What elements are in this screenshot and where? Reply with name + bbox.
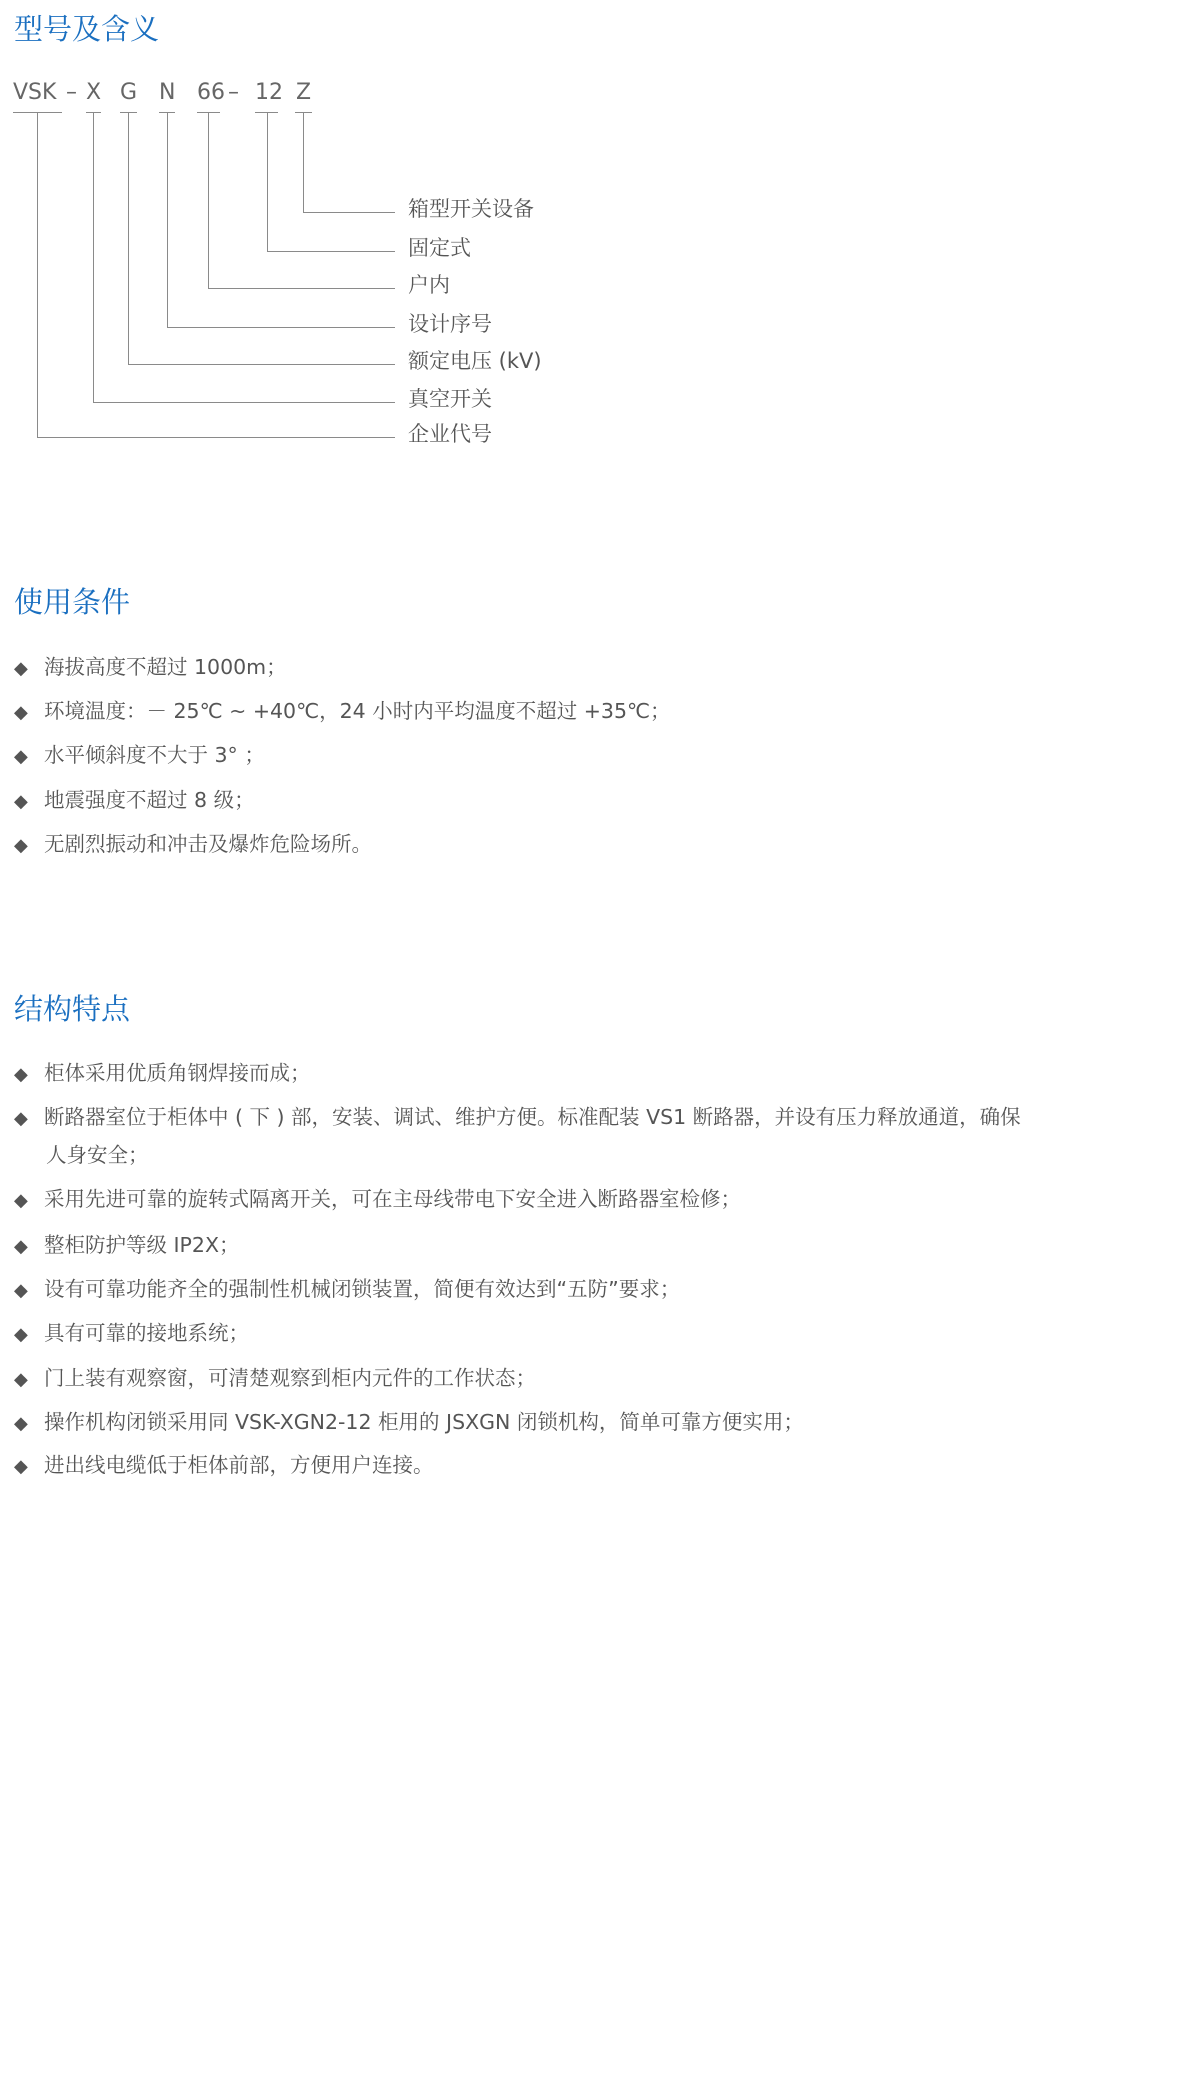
stem-66 — [208, 112, 209, 288]
condition-item: ◆水平倾斜度不大于 3° ； — [14, 742, 265, 770]
feature-item: ◆设有可靠功能齐全的强制性机械闭锁装置，简便有效达到“五防”要求； — [14, 1276, 680, 1304]
feature-text: 门上装有观察窗，可清楚观察到柜内元件的工作状态； — [44, 1366, 536, 1390]
meaning-indoor: 户内 — [408, 273, 450, 297]
diamond-bullet-icon: ◆ — [14, 1278, 44, 1304]
feature-item: ◆门上装有观察窗，可清楚观察到柜内元件的工作状态； — [14, 1365, 536, 1393]
condition-text: 水平倾斜度不大于 3° ； — [44, 743, 265, 767]
condition-text: 海拔高度不超过 1000m； — [44, 655, 287, 679]
diamond-bullet-icon: ◆ — [14, 656, 44, 682]
condition-text: 环境温度：－ 25℃ ~ +40℃，24 小时内平均温度不超过 +35℃； — [44, 699, 671, 723]
stem-n — [167, 112, 168, 327]
condition-text: 无剧烈振动和冲击及爆炸危险场所。 — [44, 832, 372, 856]
code-part-12: 12 — [255, 80, 283, 106]
feature-text: 采用先进可靠的旋转式隔离开关，可在主母线带电下安全进入断路器室检修； — [44, 1187, 741, 1211]
meaning-fixed: 固定式 — [408, 236, 471, 260]
feature-text: 操作机构闭锁采用同 VSK-XGN2-12 柜用的 JSXGN 闭锁机构，简单可… — [44, 1410, 804, 1434]
feature-item: ◆断路器室位于柜体中 ( 下 ) 部，安装、调试、维护方便。标准配装 VS1 断… — [14, 1104, 1021, 1132]
stem-12 — [267, 112, 268, 251]
model-heading: 型号及含义 — [14, 11, 159, 47]
meaning-box-type: 箱型开关设备 — [408, 197, 534, 221]
feature-item: ◆进出线电缆低于柜体前部，方便用户连接。 — [14, 1452, 434, 1480]
leader-z — [303, 212, 395, 213]
feature-text-continuation: 人身安全； — [46, 1142, 149, 1168]
leader-66 — [208, 288, 395, 289]
leader-n — [167, 327, 395, 328]
diamond-bullet-icon: ◆ — [14, 700, 44, 726]
stem-x — [93, 112, 94, 402]
diamond-bullet-icon: ◆ — [14, 1234, 44, 1260]
condition-item: ◆环境温度：－ 25℃ ~ +40℃，24 小时内平均温度不超过 +35℃； — [14, 698, 671, 726]
diamond-bullet-icon: ◆ — [14, 1322, 44, 1348]
stem-g — [128, 112, 129, 364]
diamond-bullet-icon: ◆ — [14, 744, 44, 770]
feature-item: ◆整柜防护等级 IP2X； — [14, 1232, 240, 1260]
condition-text: 地震强度不超过 8 级； — [44, 788, 255, 812]
code-part-66: 66 — [197, 80, 225, 106]
leader-vsk — [37, 437, 395, 438]
diamond-bullet-icon: ◆ — [14, 1367, 44, 1393]
diamond-bullet-icon: ◆ — [14, 789, 44, 815]
diamond-bullet-icon: ◆ — [14, 1411, 44, 1437]
conditions-heading: 使用条件 — [14, 584, 130, 620]
diamond-bullet-icon: ◆ — [14, 1188, 44, 1214]
feature-item: ◆柜体采用优质角钢焊接而成； — [14, 1060, 311, 1088]
condition-item: ◆海拔高度不超过 1000m； — [14, 654, 287, 682]
feature-item: ◆具有可靠的接地系统； — [14, 1320, 249, 1348]
diamond-bullet-icon: ◆ — [14, 1062, 44, 1088]
meaning-vacuum-switch: 真空开关 — [408, 387, 492, 411]
feature-text: 进出线电缆低于柜体前部，方便用户连接。 — [44, 1453, 434, 1477]
diamond-bullet-icon: ◆ — [14, 1106, 44, 1132]
meaning-design-number: 设计序号 — [408, 312, 492, 336]
diamond-bullet-icon: ◆ — [14, 1454, 44, 1480]
feature-text: 柜体采用优质角钢焊接而成； — [44, 1061, 311, 1085]
leader-g — [128, 364, 395, 365]
condition-item: ◆地震强度不超过 8 级； — [14, 787, 255, 815]
code-part-n: N — [159, 80, 175, 106]
code-part-vsk: VSK — [13, 80, 56, 106]
diamond-bullet-icon: ◆ — [14, 833, 44, 859]
code-dash: – — [228, 80, 239, 106]
feature-item: ◆操作机构闭锁采用同 VSK-XGN2-12 柜用的 JSXGN 闭锁机构，简单… — [14, 1409, 804, 1437]
meaning-company-code: 企业代号 — [408, 422, 492, 446]
feature-text: 具有可靠的接地系统； — [44, 1321, 249, 1345]
condition-item: ◆无剧烈振动和冲击及爆炸危险场所。 — [14, 831, 372, 859]
stem-vsk — [37, 112, 38, 437]
code-dash: – — [66, 80, 77, 106]
feature-item: ◆采用先进可靠的旋转式隔离开关，可在主母线带电下安全进入断路器室检修； — [14, 1186, 741, 1214]
code-part-z: Z — [296, 80, 311, 106]
stem-z — [303, 112, 304, 212]
leader-x — [93, 402, 395, 403]
feature-text: 整柜防护等级 IP2X； — [44, 1233, 240, 1257]
leader-12 — [267, 251, 395, 252]
meaning-rated-voltage: 额定电压 (kV) — [408, 349, 542, 373]
code-part-x: X — [86, 80, 101, 106]
feature-text: 断路器室位于柜体中 ( 下 ) 部，安装、调试、维护方便。标准配装 VS1 断路… — [44, 1105, 1021, 1129]
features-heading: 结构特点 — [14, 991, 130, 1027]
feature-text: 设有可靠功能齐全的强制性机械闭锁装置，简便有效达到“五防”要求； — [44, 1277, 680, 1301]
code-part-g: G — [120, 80, 137, 106]
